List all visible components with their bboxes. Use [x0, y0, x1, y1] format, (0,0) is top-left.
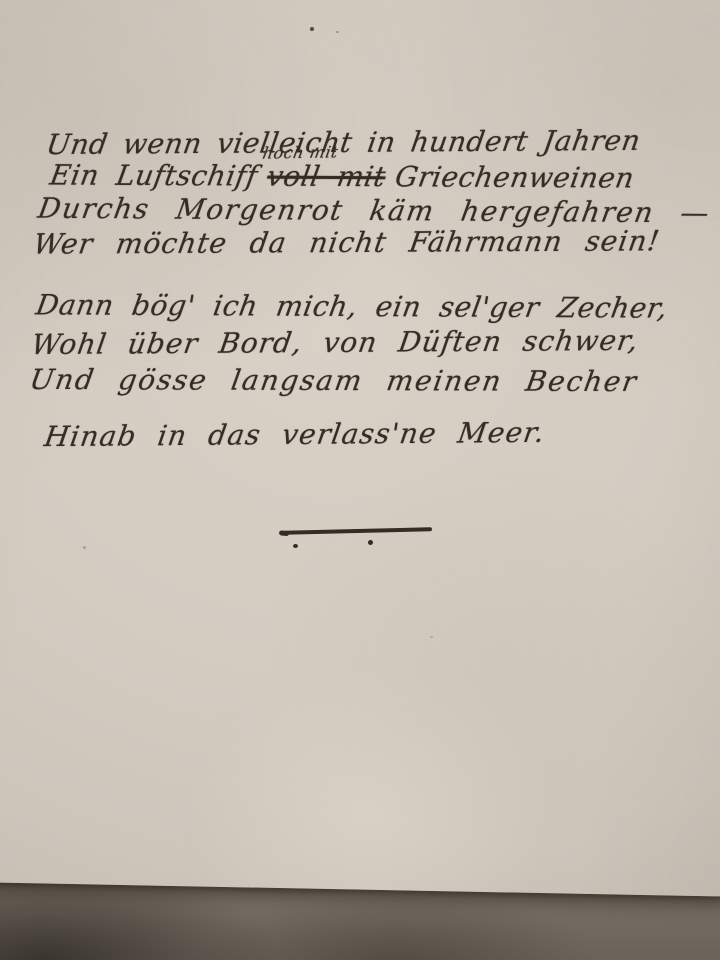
- interlinear-insertion: hoch mit: [261, 142, 340, 162]
- poem-line-1: Und wenn vielleicht in hundert Jahren: [44, 124, 643, 161]
- photo-frame: Und wenn vielleicht in hundert Jahren Ei…: [0, 0, 720, 960]
- poem-line-2-segment-before: Ein Luftschiff: [48, 158, 261, 192]
- flourish-dot-right: [368, 540, 373, 545]
- flourish-stroke: [282, 527, 432, 534]
- poem-line-2: Ein Luftschiffvoll mitGriechenweinen: [48, 158, 637, 194]
- struck-out-word: voll mit: [265, 160, 389, 194]
- manuscript-text: Und wenn vielleicht in hundert Jahren Ei…: [0, 0, 720, 960]
- flourish-dot-left: [293, 544, 298, 548]
- poem-line-7: Und gösse langsam meinen Becher: [27, 363, 640, 398]
- poem-line-2-segment-after: Griechenweinen: [393, 160, 637, 194]
- poem-line-5: Dann bög' ich mich, ein sel'ger Zecher,: [34, 288, 671, 324]
- poem-line-6: Wohl über Bord, von Düften schwer,: [29, 324, 641, 361]
- poem-line-8: Hinab in das verlass'ne Meer.: [42, 416, 548, 453]
- poem-line-4: Wer möchte da nicht Fährmann sein!: [31, 224, 662, 260]
